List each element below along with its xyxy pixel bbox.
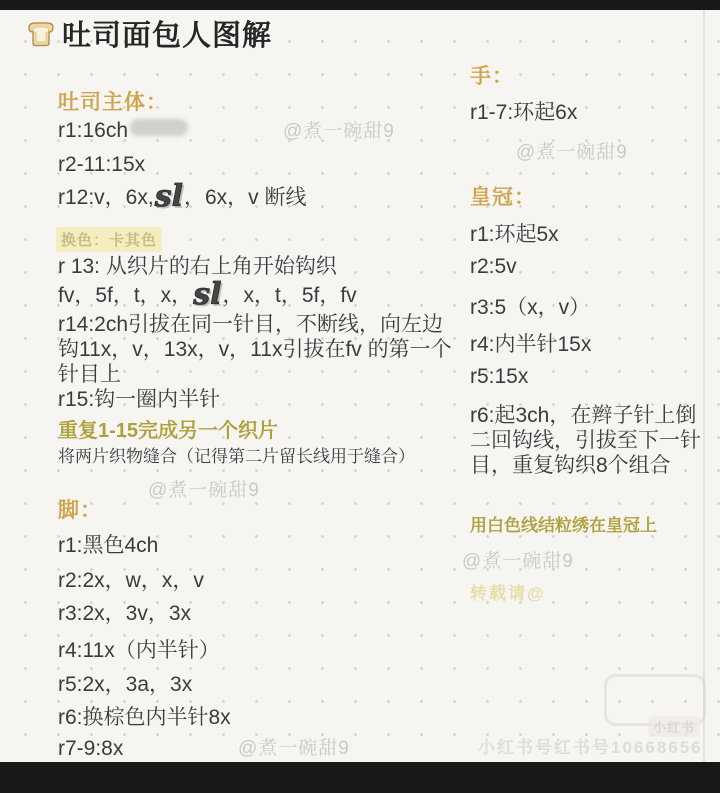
page-title: 吐司面包人图解 xyxy=(62,13,272,54)
slip-stitch-glyph: sl xyxy=(154,188,184,206)
notes-page: 吐司面包人图解 @煮一碗甜9 吐司主体： r1:16ch r2-11:15x r… xyxy=(0,0,720,793)
color-change-note: 换色：卡其色 xyxy=(56,227,162,252)
page-title-row: 吐司面包人图解 xyxy=(26,13,272,54)
author-watermark: @煮一碗甜9 xyxy=(148,475,260,502)
toast-body-r12-pre: r12:v，6x, xyxy=(58,186,154,209)
crown-r6: r6:起3ch，在辫子针上倒二回钩线，引拔至下一针目，重复钩织8个组合 xyxy=(470,403,714,478)
feet-row: r1:黑色4ch xyxy=(58,529,158,559)
slip-stitch-glyph: sl xyxy=(192,286,222,304)
page-right-edge xyxy=(703,10,705,762)
crown-row: r4:内半针15x xyxy=(470,328,591,358)
feet-row: r7-9:8x xyxy=(58,737,123,761)
feet-row: r4:11x（内半针） xyxy=(58,634,220,664)
bottom-black-bar xyxy=(0,762,720,793)
section-heading-toast-body: 吐司主体： xyxy=(58,86,168,116)
toast-body-r12: r12:v，6x,sl，6x，v 断线 xyxy=(58,181,307,211)
toast-body-r13-line1: r 13: 从织片的右上角开始钩织 xyxy=(58,250,337,280)
crown-row: r2:5v xyxy=(470,255,517,279)
section-heading-hands: 手： xyxy=(470,60,514,90)
toast-body-r14: r14:2ch引拔在同一针目，不断线，向左边钩11x，v，13x，v，11x引拔… xyxy=(58,312,462,387)
toast-body-r13-pre: fv，5f，t，x， xyxy=(58,284,192,307)
repost-watermark: 转载请@ xyxy=(470,579,546,604)
feet-row: r5:2x，3a，3x xyxy=(58,668,192,698)
feet-row: r6:换棕色内半针8x xyxy=(58,701,231,731)
section-heading-crown: 皇冠： xyxy=(470,181,536,211)
toast-body-r2: r2-11:15x xyxy=(58,153,145,177)
crown-row: r5:15x xyxy=(470,365,528,389)
author-watermark: @煮一碗甜9 xyxy=(516,137,628,164)
toast-body-r12-post: ，6x，v 断线 xyxy=(184,186,307,209)
sew-note: 将两片织物缝合（记得第二片留长线用于缝合） xyxy=(58,442,415,467)
feet-row: r2:2x，w，x，v xyxy=(58,564,204,594)
xiaohongshu-logo-watermark: 小红书 xyxy=(604,674,706,726)
toast-body-r13-post: ，x，t，5f，fv xyxy=(222,284,356,307)
crown-embroidery-note: 用白色线结粒绣在皇冠上 xyxy=(470,511,657,536)
toast-body-r15: r15:钩一圈内半针 xyxy=(58,383,220,413)
hands-row: r1-7:环起6x xyxy=(470,96,577,126)
crown-row: r1:环起5x xyxy=(470,218,559,248)
toast-body-r13-line2: fv，5f，t，x，sl，x，t，5f，fv xyxy=(58,279,357,309)
top-black-bar xyxy=(0,0,720,10)
feet-row: r3:2x，3v，3x xyxy=(58,597,191,627)
crown-row: r3:5（x，v） xyxy=(470,291,590,321)
eraser-smudge xyxy=(130,119,188,136)
xiaohongshu-id-watermark: 小红书号红书号10668656 xyxy=(478,733,703,758)
toast-body-r1: r1:16ch xyxy=(58,119,128,143)
section-heading-feet: 脚： xyxy=(58,494,102,524)
author-watermark: @煮一碗甜9 xyxy=(462,546,574,573)
toast-bread-icon xyxy=(26,19,56,49)
author-watermark: @煮一碗甜9 xyxy=(283,116,395,143)
author-watermark: @煮一碗甜9 xyxy=(238,733,350,760)
repeat-note: 重复1-15完成另一个织片 xyxy=(58,414,278,443)
